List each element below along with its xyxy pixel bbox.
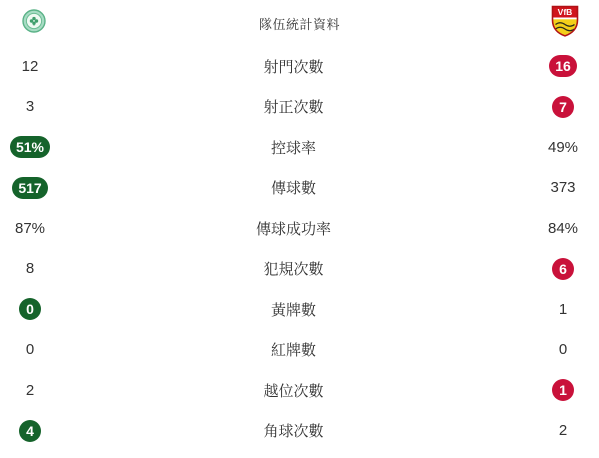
celtic-crest-icon — [22, 9, 46, 38]
home-value: 0 — [19, 298, 41, 320]
stat-label-cell: 射門次數 — [60, 56, 527, 77]
away-value: 0 — [559, 341, 567, 358]
stats-header: 隊伍統計資料 VfB — [0, 0, 599, 46]
stat-label: 紅牌數 — [271, 339, 316, 360]
home-value: 3 — [26, 98, 34, 115]
stat-label: 黃牌數 — [271, 299, 316, 320]
away-value-cell: 0 — [527, 341, 599, 358]
stat-label: 越位次數 — [263, 380, 323, 401]
home-value: 8 — [26, 260, 34, 277]
team-stats-panel: 隊伍統計資料 VfB — [0, 0, 599, 458]
stat-label-cell: 傳球成功率 — [60, 218, 527, 239]
stat-row: 517 傳球數 373 — [0, 168, 599, 209]
away-value-cell: 16 — [527, 55, 599, 77]
stat-label-cell: 控球率 — [60, 137, 527, 158]
away-value-cell: 7 — [527, 96, 599, 118]
home-value-cell: 4 — [0, 420, 60, 442]
stat-label-cell: 黃牌數 — [60, 299, 527, 320]
stat-row: 87% 傳球成功率 84% — [0, 208, 599, 249]
stat-label: 傳球成功率 — [256, 218, 331, 239]
stat-label: 射門次數 — [263, 56, 323, 77]
away-team-logo: VfB — [551, 5, 579, 42]
away-value-cell: 373 — [527, 179, 599, 196]
stat-row: 0 紅牌數 0 — [0, 330, 599, 371]
stat-label: 角球次數 — [263, 420, 323, 441]
home-value: 12 — [22, 58, 39, 75]
stats-title: 隊伍統計資料 — [259, 14, 340, 33]
home-value: 51% — [10, 136, 50, 158]
home-value-cell: 517 — [0, 177, 60, 199]
stat-row: 51% 控球率 49% — [0, 127, 599, 168]
stuttgart-crest-icon: VfB — [551, 5, 579, 42]
stat-label: 傳球數 — [271, 177, 316, 198]
away-value-cell: 2 — [527, 422, 599, 439]
stat-label: 犯規次數 — [263, 258, 323, 279]
home-value-cell: 0 — [0, 298, 60, 320]
stat-label: 射正次數 — [263, 96, 323, 117]
home-value: 0 — [26, 341, 34, 358]
away-value-cell: 84% — [527, 220, 599, 237]
stat-row: 12 射門次數 16 — [0, 46, 599, 87]
away-value-cell: 1 — [527, 301, 599, 318]
away-value: 49% — [548, 139, 578, 156]
stat-row: 8 犯規次數 6 — [0, 249, 599, 290]
home-value: 4 — [19, 420, 41, 442]
stats-list: 12 射門次數 16 3 射正次數 7 51% 控球率 49% 517 — [0, 46, 599, 451]
stat-label-cell: 射正次數 — [60, 96, 527, 117]
home-value-cell: 0 — [0, 341, 60, 358]
away-value: 373 — [550, 179, 575, 196]
stat-label-cell: 角球次數 — [60, 420, 527, 441]
away-value-cell: 49% — [527, 139, 599, 156]
home-value: 87% — [15, 220, 45, 237]
stat-label-cell: 紅牌數 — [60, 339, 527, 360]
away-value: 1 — [552, 379, 574, 401]
away-value: 7 — [552, 96, 574, 118]
stat-row: 0 黃牌數 1 — [0, 289, 599, 330]
away-value-cell: 6 — [527, 258, 599, 280]
home-value-cell: 8 — [0, 260, 60, 277]
home-value-cell: 2 — [0, 382, 60, 399]
away-value: 16 — [549, 55, 577, 77]
stat-row: 4 角球次數 2 — [0, 411, 599, 452]
away-value-cell: 1 — [527, 379, 599, 401]
stat-label-cell: 犯規次數 — [60, 258, 527, 279]
home-value-cell: 12 — [0, 58, 60, 75]
away-value: 84% — [548, 220, 578, 237]
away-value: 6 — [552, 258, 574, 280]
away-value: 1 — [559, 301, 567, 318]
away-logo-text: VfB — [558, 7, 573, 17]
away-value: 2 — [559, 422, 567, 439]
home-value: 2 — [26, 382, 34, 399]
home-value: 517 — [12, 177, 47, 199]
stat-label-cell: 傳球數 — [60, 177, 527, 198]
stat-label-cell: 越位次數 — [60, 380, 527, 401]
stat-row: 3 射正次數 7 — [0, 87, 599, 128]
home-value-cell: 87% — [0, 220, 60, 237]
home-team-logo — [22, 9, 46, 38]
home-value-cell: 51% — [0, 136, 60, 158]
home-value-cell: 3 — [0, 98, 60, 115]
stat-label: 控球率 — [271, 137, 316, 158]
stat-row: 2 越位次數 1 — [0, 370, 599, 411]
